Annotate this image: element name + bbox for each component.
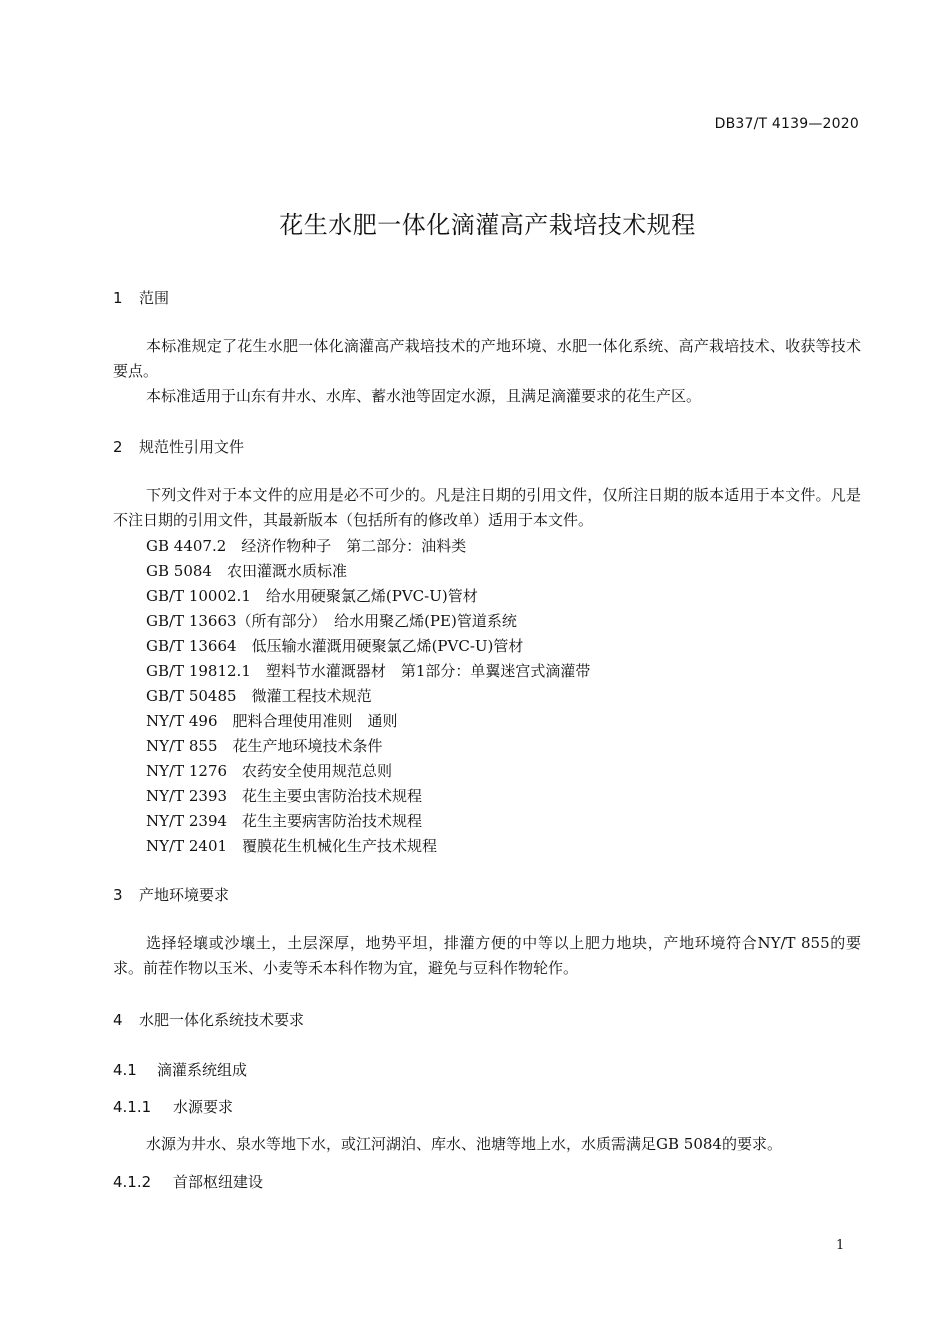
reference-item: NY/T 496 肥料合理使用准则 通则 [146, 710, 398, 731]
subsection-heading-4-1-1: 4.1.1水源要求 [113, 1096, 233, 1117]
reference-title: 经济作物种子 第二部分：油料类 [241, 537, 466, 555]
reference-code: NY/T 1276 [146, 762, 227, 780]
section-heading-1: 1范围 [113, 287, 169, 308]
paragraph: 本标准适用于山东有井水、水库、蓄水池等固定水源，且满足滴灌要求的花生产区。 [113, 384, 861, 409]
reference-title: 塑料节水灌溉器材 第1部分：单翼迷宫式滴灌带 [266, 662, 591, 680]
section-heading-2: 2规范性引用文件 [113, 436, 244, 457]
reference-title: 给水用硬聚氯乙烯(PVC-U)管材 [266, 587, 478, 605]
reference-item: NY/T 2401 覆膜花生机械化生产技术规程 [146, 835, 437, 856]
reference-code: NY/T 2393 [146, 787, 227, 805]
reference-code: GB/T 13664 [146, 637, 237, 655]
reference-code: GB/T 10002.1 [146, 587, 251, 605]
reference-item: GB/T 13664 低压输水灌溉用硬聚氯乙烯(PVC-U)管材 [146, 635, 523, 656]
reference-title: 农田灌溉水质标准 [227, 562, 347, 580]
reference-title: 覆膜花生机械化生产技术规程 [242, 837, 437, 855]
section-number: 4.1 [113, 1061, 157, 1079]
reference-code: GB/T 13663（所有部分） [146, 612, 319, 630]
reference-code: NY/T 855 [146, 737, 217, 755]
section-title: 水肥一体化系统技术要求 [139, 1011, 304, 1029]
reference-item: NY/T 1276 农药安全使用规范总则 [146, 760, 392, 781]
section-number: 4 [113, 1011, 139, 1029]
reference-code: NY/T 496 [146, 712, 217, 730]
reference-title: 低压输水灌溉用硬聚氯乙烯(PVC-U)管材 [252, 637, 524, 655]
section-title: 水源要求 [173, 1098, 233, 1116]
reference-item: GB/T 10002.1 给水用硬聚氯乙烯(PVC-U)管材 [146, 585, 478, 606]
reference-title: 花生产地环境技术条件 [233, 737, 383, 755]
reference-code: GB/T 50485 [146, 687, 237, 705]
reference-title: 给水用聚乙烯(PE)管道系统 [334, 612, 517, 630]
section-heading-4: 4水肥一体化系统技术要求 [113, 1009, 304, 1030]
reference-title: 微灌工程技术规范 [252, 687, 372, 705]
section-number: 1 [113, 289, 139, 307]
paragraph: 选择轻壤或沙壤土，土层深厚，地势平坦，排灌方便的中等以上肥力地块，产地环境符合N… [113, 931, 861, 981]
section-title: 产地环境要求 [139, 886, 229, 904]
document-title: 花生水肥一体化滴灌高产栽培技术规程 [0, 205, 950, 240]
reference-code: GB/T 19812.1 [146, 662, 251, 680]
section-title: 首部枢纽建设 [173, 1173, 263, 1191]
reference-item: GB 5084 农田灌溉水质标准 [146, 560, 347, 581]
section-number: 2 [113, 438, 139, 456]
section-title: 范围 [139, 289, 169, 307]
section-4-1-1-body: 水源为井水、泉水等地下水，或江河湖泊、库水、池塘等地上水，水质需满足GB 508… [113, 1132, 861, 1157]
subsection-heading-4-1: 4.1滴灌系统组成 [113, 1059, 247, 1080]
section-number: 3 [113, 886, 139, 904]
reference-title: 花生主要病害防治技术规程 [242, 812, 422, 830]
reference-item: NY/T 855 花生产地环境技术条件 [146, 735, 383, 756]
reference-item: GB 4407.2 经济作物种子 第二部分：油料类 [146, 535, 466, 556]
section-2-intro: 下列文件对于本文件的应用是必不可少的。凡是注日期的引用文件，仅所注日期的版本适用… [113, 483, 861, 533]
page-number: 1 [836, 1238, 844, 1253]
document-page: DB37/T 4139—2020 花生水肥一体化滴灌高产栽培技术规程 1范围 本… [0, 0, 950, 1344]
reference-title: 花生主要虫害防治技术规程 [242, 787, 422, 805]
reference-item: NY/T 2394 花生主要病害防治技术规程 [146, 810, 422, 831]
section-3-body: 选择轻壤或沙壤土，土层深厚，地势平坦，排灌方便的中等以上肥力地块，产地环境符合N… [113, 931, 861, 981]
reference-code: GB 5084 [146, 562, 212, 580]
reference-item: GB/T 50485 微灌工程技术规范 [146, 685, 372, 706]
reference-title: 肥料合理使用准则 通则 [233, 712, 398, 730]
section-number: 4.1.2 [113, 1173, 173, 1191]
reference-title: 农药安全使用规范总则 [242, 762, 392, 780]
document-number: DB37/T 4139—2020 [715, 116, 859, 132]
section-title: 滴灌系统组成 [157, 1061, 247, 1079]
paragraph: 下列文件对于本文件的应用是必不可少的。凡是注日期的引用文件，仅所注日期的版本适用… [113, 483, 861, 533]
paragraph: 水源为井水、泉水等地下水，或江河湖泊、库水、池塘等地上水，水质需满足GB 508… [113, 1132, 861, 1157]
reference-code: NY/T 2401 [146, 837, 227, 855]
subsection-heading-4-1-2: 4.1.2首部枢纽建设 [113, 1171, 263, 1192]
section-1-body: 本标准规定了花生水肥一体化滴灌高产栽培技术的产地环境、水肥一体化系统、高产栽培技… [113, 334, 861, 409]
reference-code: NY/T 2394 [146, 812, 227, 830]
reference-item: GB/T 13663（所有部分） 给水用聚乙烯(PE)管道系统 [146, 610, 517, 631]
reference-item: NY/T 2393 花生主要虫害防治技术规程 [146, 785, 422, 806]
reference-code: GB 4407.2 [146, 537, 226, 555]
paragraph: 本标准规定了花生水肥一体化滴灌高产栽培技术的产地环境、水肥一体化系统、高产栽培技… [113, 334, 861, 384]
reference-item: GB/T 19812.1 塑料节水灌溉器材 第1部分：单翼迷宫式滴灌带 [146, 660, 590, 681]
section-number: 4.1.1 [113, 1098, 173, 1116]
section-heading-3: 3产地环境要求 [113, 884, 229, 905]
section-title: 规范性引用文件 [139, 438, 244, 456]
